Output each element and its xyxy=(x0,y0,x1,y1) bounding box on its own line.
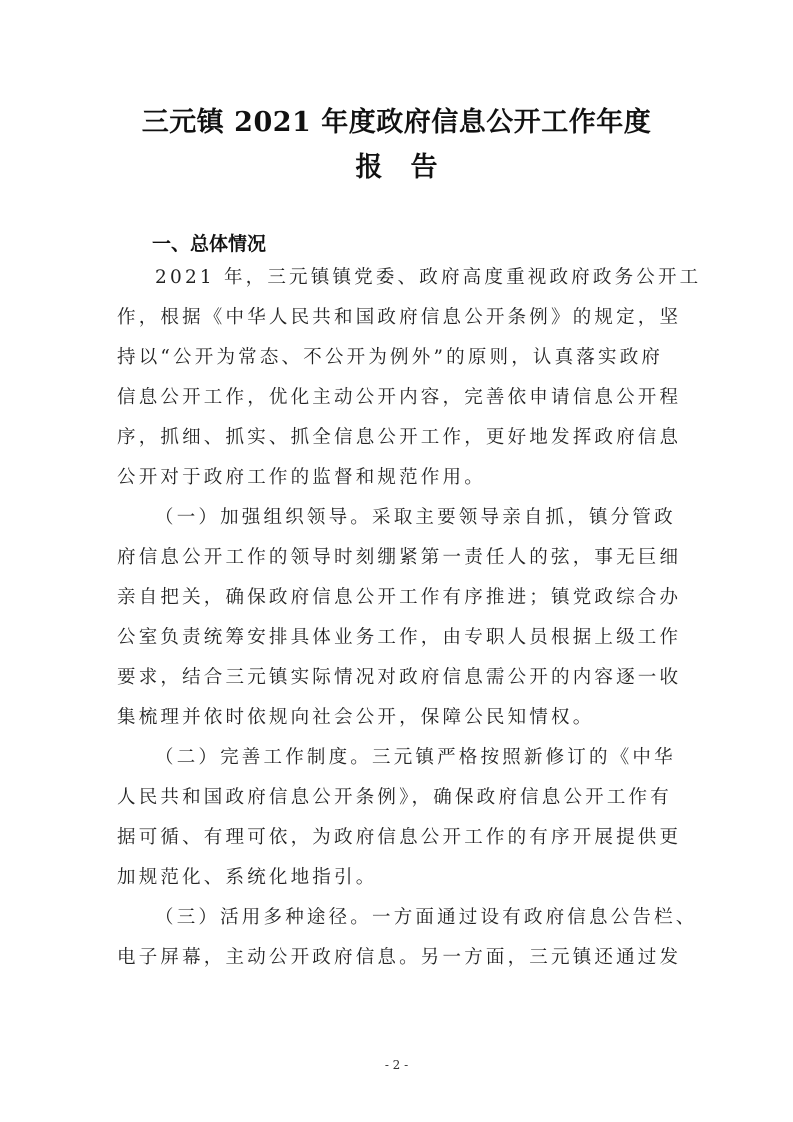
paragraph-line: 序，抓细、抓实、抓全信息公开工作，更好地发挥政府信息 xyxy=(117,426,677,450)
paragraph-line: 公开对于政府工作的监督和规范作用。 xyxy=(117,466,677,490)
paragraph-line: （三）活用多种途径。一方面通过设有政府信息公告栏、 xyxy=(155,906,677,930)
document-title-line1: 三元镇 2021 年度政府信息公开工作年度 xyxy=(0,100,793,139)
paragraph-line: 信息公开工作，优化主动公开内容，完善依申请信息公开程 xyxy=(117,386,677,410)
document-title-line2: 报告 xyxy=(0,145,793,184)
paragraph-line: （二）完善工作制度。三元镇严格按照新修订的《中华 xyxy=(155,746,677,770)
paragraph-line: 人民共和国政府信息公开条例》，确保政府信息公开工作有 xyxy=(117,786,677,810)
paragraph-line: 公室负责统筹安排具体业务工作，由专职人员根据上级工作 xyxy=(117,626,677,650)
paragraph-line: 集梳理并依时依规向社会公开，保障公民知情权。 xyxy=(117,706,677,730)
page-number: - 2 - xyxy=(0,1058,793,1072)
section-heading-overview: 一、总体情况 xyxy=(152,229,266,256)
paragraph-line: 亲自把关，确保政府信息公开工作有序推进；镇党政综合办 xyxy=(117,586,677,610)
paragraph-line: 据可循、有理可依，为政府信息公开工作的有序开展提供更 xyxy=(117,826,677,850)
paragraph-line: 加规范化、系统化地指引。 xyxy=(117,866,677,890)
paragraph-line: 持以“公开为常态、不公开为例外”的原则，认真落实政府 xyxy=(117,346,677,370)
paragraph-line: 2021 年，三元镇镇党委、政府高度重视政府政务公开工 xyxy=(155,266,677,290)
paragraph-line: 府信息公开工作的领导时刻绷紧第一责任人的弦，事无巨细 xyxy=(117,546,677,570)
paragraph-line: （一）加强组织领导。采取主要领导亲自抓，镇分管政 xyxy=(155,506,677,530)
paragraph-line: 电子屏幕，主动公开政府信息。另一方面，三元镇还通过发 xyxy=(117,946,677,970)
paragraph-line: 作，根据《中华人民共和国政府信息公开条例》的规定，坚 xyxy=(117,306,677,330)
document-page: 三元镇 2021 年度政府信息公开工作年度 报告 一、总体情况 2021 年，三… xyxy=(0,0,793,1122)
paragraph-line: 要求，结合三元镇实际情况对政府信息需公开的内容逐一收 xyxy=(117,666,677,690)
